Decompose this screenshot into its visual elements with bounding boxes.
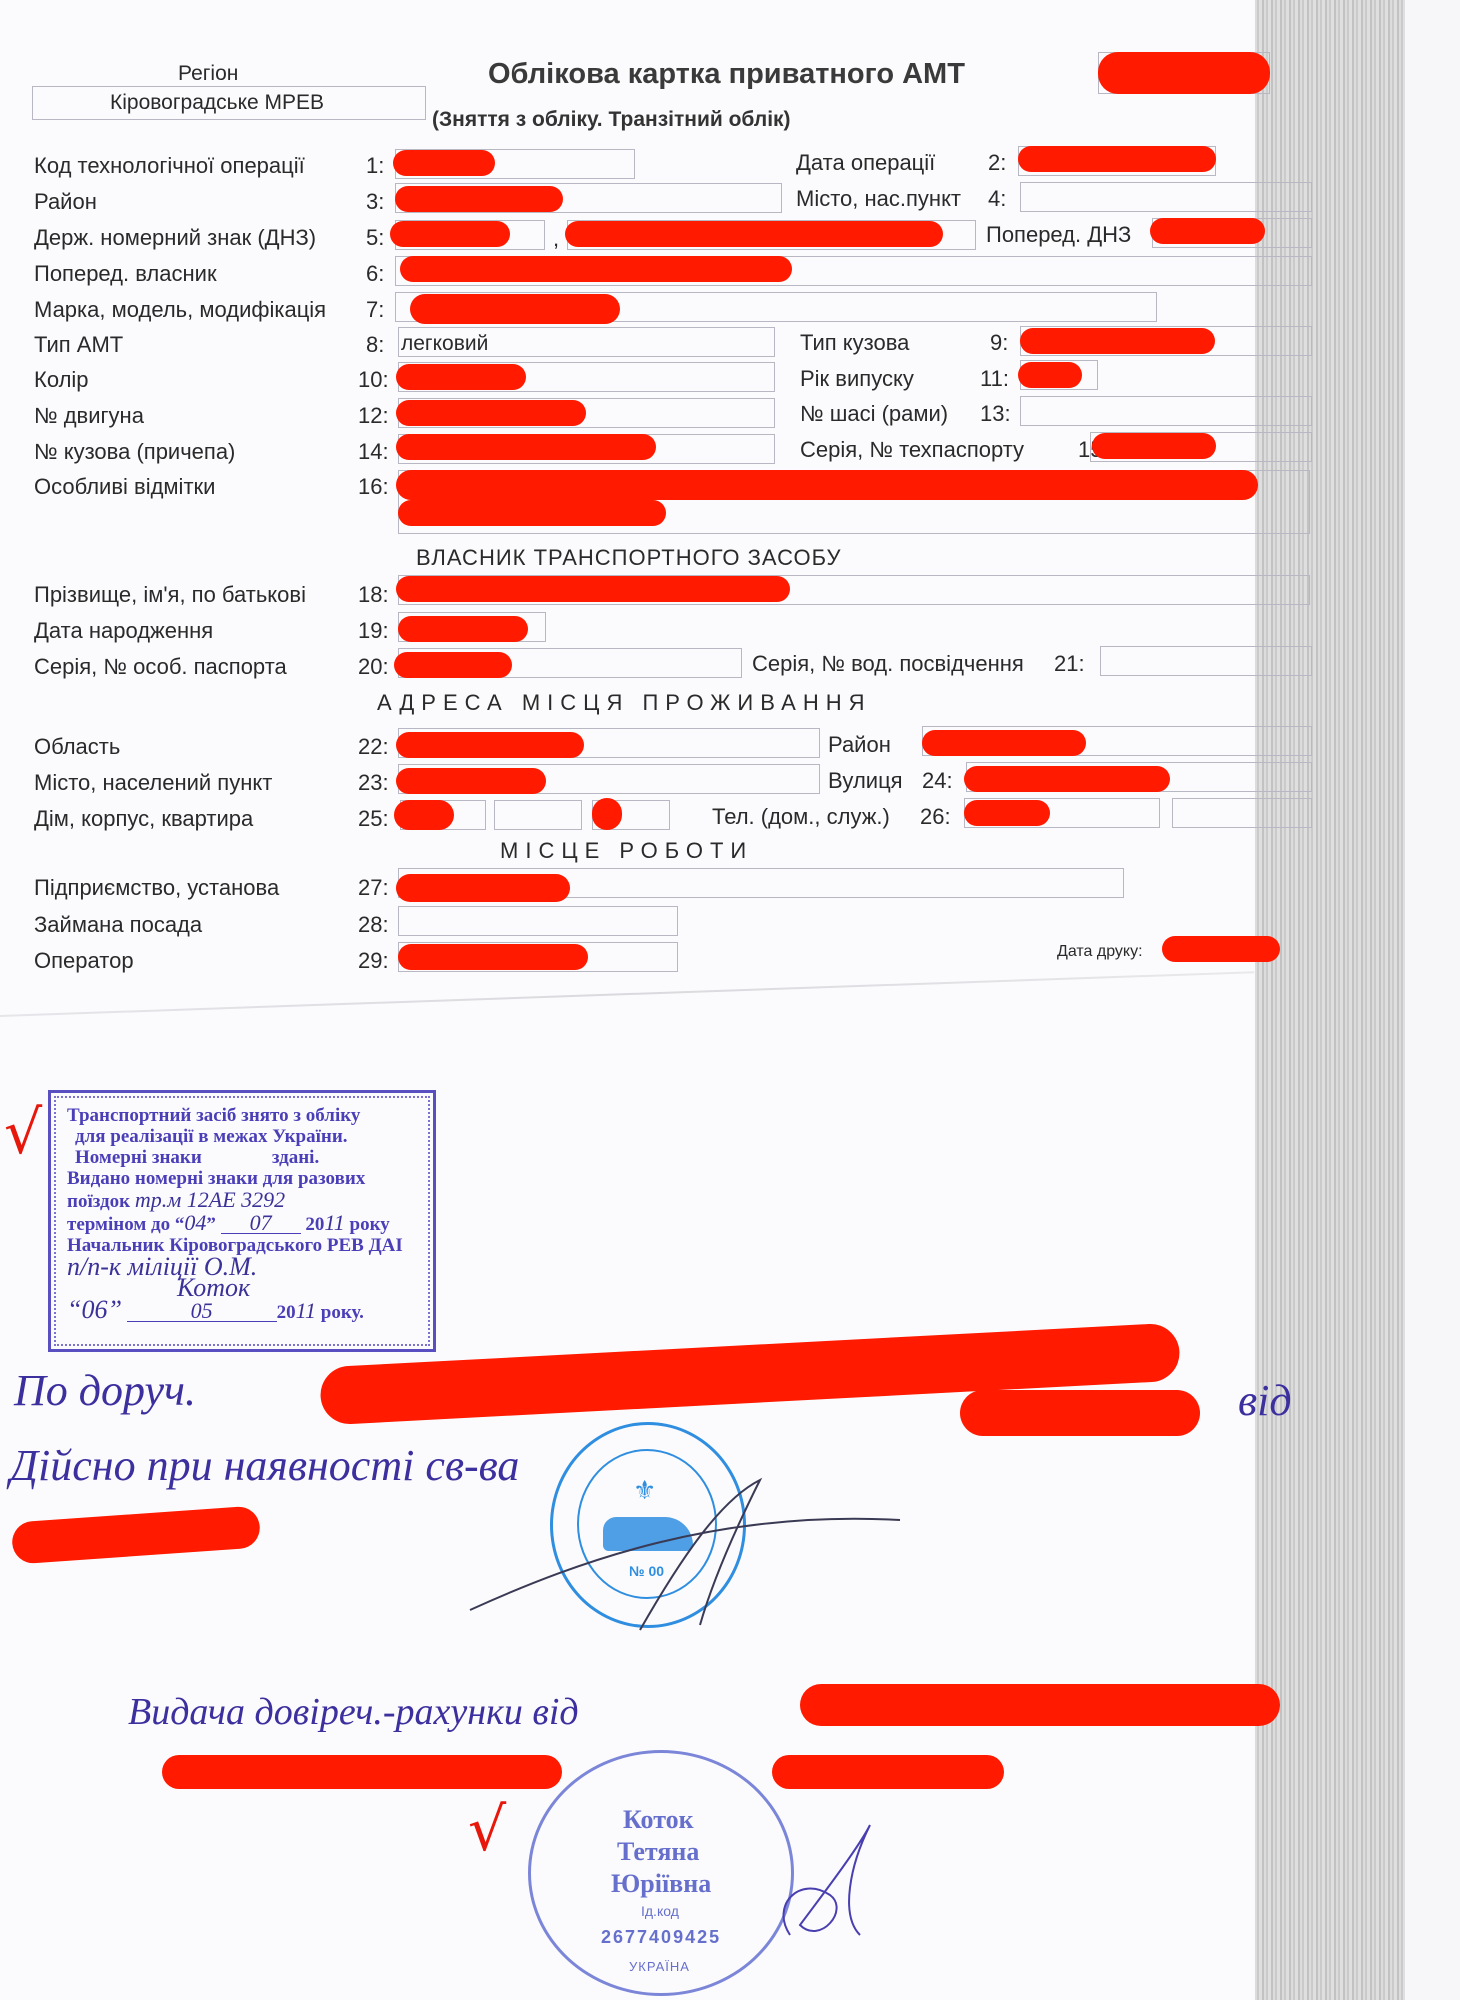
field-27-number: 27: bbox=[358, 875, 389, 901]
field-18-label: Прізвище, ім'я, по батькові bbox=[34, 582, 306, 608]
stamp-line-2: для реалізації в межах України. bbox=[67, 1126, 423, 1147]
handwritten-note-from: від bbox=[1238, 1375, 1292, 1426]
region-label: Регіон bbox=[178, 62, 238, 86]
stamp-line-5: поїздок тр.м 12АЕ 3292 bbox=[67, 1189, 423, 1212]
field-5-number: 5: bbox=[366, 225, 384, 251]
stamp-line-4: Видано номерні знаки для разових bbox=[67, 1168, 423, 1189]
section-owner-heading: ВЛАСНИК ТРАНСПОРТНОГО ЗАСОБУ bbox=[416, 545, 842, 571]
redaction bbox=[800, 1684, 1280, 1726]
stamp-line-1: Транспортний засіб знято з обліку bbox=[67, 1105, 423, 1126]
redaction bbox=[1150, 218, 1265, 244]
redaction bbox=[772, 1755, 1004, 1789]
redaction bbox=[1162, 936, 1280, 962]
field-1-label: Код технологічної операції bbox=[34, 153, 305, 179]
redaction bbox=[396, 470, 1258, 500]
redaction bbox=[395, 186, 563, 212]
field-5-label: Держ. номерний знак (ДНЗ) bbox=[34, 225, 316, 251]
field-19-number: 19: bbox=[358, 618, 389, 644]
seal-name-2: Тетяна bbox=[617, 1837, 699, 1867]
section-work-heading: МІСЦЕ РОБОТИ bbox=[500, 838, 753, 864]
redaction bbox=[1018, 362, 1082, 388]
field-19-label: Дата народження bbox=[34, 618, 213, 644]
field-25-label: Дім, корпус, квартира bbox=[34, 806, 253, 832]
field-6-number: 6: bbox=[366, 261, 384, 287]
field-25-building-box bbox=[494, 800, 582, 830]
redaction bbox=[396, 434, 656, 460]
field-23-number: 23: bbox=[358, 770, 389, 796]
region-value: Кіровоградське МРЕВ bbox=[110, 91, 324, 115]
redaction bbox=[162, 1755, 562, 1789]
field-4-label: Місто, нас.пункт bbox=[796, 186, 961, 212]
red-checkmark-icon: √ bbox=[468, 1795, 506, 1865]
field-22b-label: Район bbox=[828, 732, 891, 758]
field-26-label: Тел. (дом., служ.) bbox=[712, 804, 890, 830]
field-28-box bbox=[398, 906, 678, 936]
redaction bbox=[394, 652, 512, 678]
section-address-heading: АДРЕСА МІСЦЯ ПРОЖИВАННЯ bbox=[377, 690, 871, 716]
handwritten-note-line-2: Дійсно при наявності св-ва bbox=[10, 1440, 519, 1491]
paper-fold bbox=[0, 971, 1254, 1017]
field-10-number: 10: bbox=[358, 367, 389, 393]
page-margin bbox=[1405, 0, 1460, 2000]
field-22-label: Область bbox=[34, 734, 120, 760]
field-21-label: Серія, № вод. посвідчення bbox=[752, 651, 1024, 677]
seal-name-3: Юріївна bbox=[611, 1869, 711, 1899]
redaction bbox=[398, 616, 528, 642]
redaction bbox=[396, 364, 526, 390]
field-20-number: 20: bbox=[358, 654, 389, 680]
field-23-label: Місто, населений пункт bbox=[34, 770, 272, 796]
seal-id-number: 2677409425 bbox=[601, 1927, 721, 1948]
field-16-label: Особливі відмітки bbox=[34, 474, 215, 500]
handwritten-note-line-1: По доруч. bbox=[14, 1365, 196, 1416]
field-11-number: 11: bbox=[980, 366, 1009, 392]
redaction bbox=[1020, 328, 1215, 354]
field-24-label: Вулиця bbox=[828, 768, 903, 794]
redaction bbox=[410, 294, 620, 324]
field-1-number: 1: bbox=[366, 153, 384, 179]
field-8-value: легковий bbox=[401, 332, 488, 356]
redaction bbox=[400, 256, 792, 282]
field-18-number: 18: bbox=[358, 582, 389, 608]
field-26-number: 26: bbox=[920, 804, 951, 830]
field-7-label: Марка, модель, модифікація bbox=[34, 297, 326, 323]
redaction bbox=[396, 576, 790, 602]
field-16-number: 16: bbox=[358, 474, 389, 500]
redaction bbox=[964, 800, 1050, 826]
redaction bbox=[390, 221, 510, 247]
redaction bbox=[592, 798, 622, 830]
field-27-label: Підприємство, установа bbox=[34, 875, 279, 901]
field-26-work-box bbox=[1172, 798, 1312, 828]
seal-name-1: Коток bbox=[623, 1805, 694, 1835]
field-5b-label: Поперед. ДНЗ bbox=[986, 222, 1131, 248]
field-24-number: 24: bbox=[922, 768, 953, 794]
field-4-box bbox=[1020, 182, 1312, 212]
field-29-number: 29: bbox=[358, 948, 389, 974]
field-6-label: Поперед. власник bbox=[34, 261, 217, 287]
stamp-plate-handwritten: тр.м 12АЕ 3292 bbox=[135, 1187, 285, 1212]
seal-country: УКРАЇНА bbox=[629, 1959, 690, 1974]
redaction bbox=[393, 150, 495, 176]
field-28-number: 28: bbox=[358, 912, 389, 938]
redaction bbox=[396, 768, 546, 794]
field-2-label: Дата операції bbox=[796, 150, 935, 176]
field-25-number: 25: bbox=[358, 806, 389, 832]
seal-id-label: Ід.код bbox=[641, 1903, 679, 1919]
document-subtitle: (Зняття з обліку. Транзітний облік) bbox=[432, 108, 791, 132]
stamp-date-line: “06” 052011 року. bbox=[67, 1299, 423, 1323]
field-10-label: Колір bbox=[34, 367, 89, 393]
field-14-number: 14: bbox=[358, 439, 389, 465]
deregistration-stamp: Транспортний засіб знято з обліку для ре… bbox=[48, 1090, 436, 1352]
field-2-number: 2: bbox=[988, 150, 1006, 176]
stamp-line-6: терміном до “04” 07 2011 року bbox=[67, 1212, 423, 1235]
stamp-line-3: Номерні знакиздані. bbox=[67, 1147, 423, 1168]
redaction bbox=[398, 500, 666, 526]
field-13-number: 13: bbox=[980, 401, 1011, 427]
field-9-label: Тип кузова bbox=[800, 330, 909, 356]
field-12-label: № двигуна bbox=[34, 403, 144, 429]
field-8-number: 8: bbox=[366, 332, 384, 358]
field-15-label: Серія, № техпаспорту bbox=[800, 437, 1024, 463]
red-checkmark-icon: √ bbox=[4, 1098, 42, 1168]
field-5-separator: , bbox=[553, 226, 559, 252]
field-28-label: Займана посада bbox=[34, 912, 202, 938]
redaction bbox=[964, 766, 1170, 792]
field-9-number: 9: bbox=[990, 330, 1008, 356]
redaction bbox=[922, 730, 1086, 756]
field-21-number: 21: bbox=[1054, 651, 1085, 677]
field-13-box bbox=[1020, 396, 1312, 426]
redaction bbox=[394, 800, 454, 830]
redaction bbox=[1018, 146, 1216, 172]
print-date-label: Дата друку: bbox=[1057, 943, 1143, 961]
redaction bbox=[960, 1390, 1200, 1436]
field-11-label: Рік випуску bbox=[800, 366, 914, 392]
field-8-label: Тип АМТ bbox=[34, 332, 123, 358]
field-7-number: 7: bbox=[366, 297, 384, 323]
signature-stroke-2 bbox=[760, 1815, 880, 1955]
redaction bbox=[396, 400, 586, 426]
redaction bbox=[398, 944, 588, 970]
field-22-number: 22: bbox=[358, 734, 389, 760]
field-20-label: Серія, № особ. паспорта bbox=[34, 654, 287, 680]
field-12-number: 12: bbox=[358, 403, 389, 429]
field-4-number: 4: bbox=[988, 186, 1006, 212]
redaction bbox=[1098, 52, 1270, 94]
redaction bbox=[565, 221, 943, 247]
redaction bbox=[396, 732, 584, 758]
signature-stroke bbox=[460, 1440, 920, 1640]
redaction bbox=[396, 874, 570, 902]
redaction bbox=[11, 1505, 261, 1564]
handwritten-note-line-4: Видача довіреч.-рахунки від bbox=[128, 1690, 579, 1734]
field-3-label: Район bbox=[34, 189, 97, 215]
redaction bbox=[1092, 433, 1216, 459]
private-entrepreneur-seal: Коток Тетяна Юріївна Ід.код 2677409425 У… bbox=[528, 1750, 794, 1996]
field-21-box bbox=[1100, 646, 1312, 676]
field-13-label: № шасі (рами) bbox=[800, 401, 948, 427]
field-14-label: № кузова (причепа) bbox=[34, 439, 235, 465]
field-3-number: 3: bbox=[366, 189, 384, 215]
field-29-label: Оператор bbox=[34, 948, 134, 974]
document-title: Облікова картка приватного АМТ bbox=[488, 58, 965, 91]
